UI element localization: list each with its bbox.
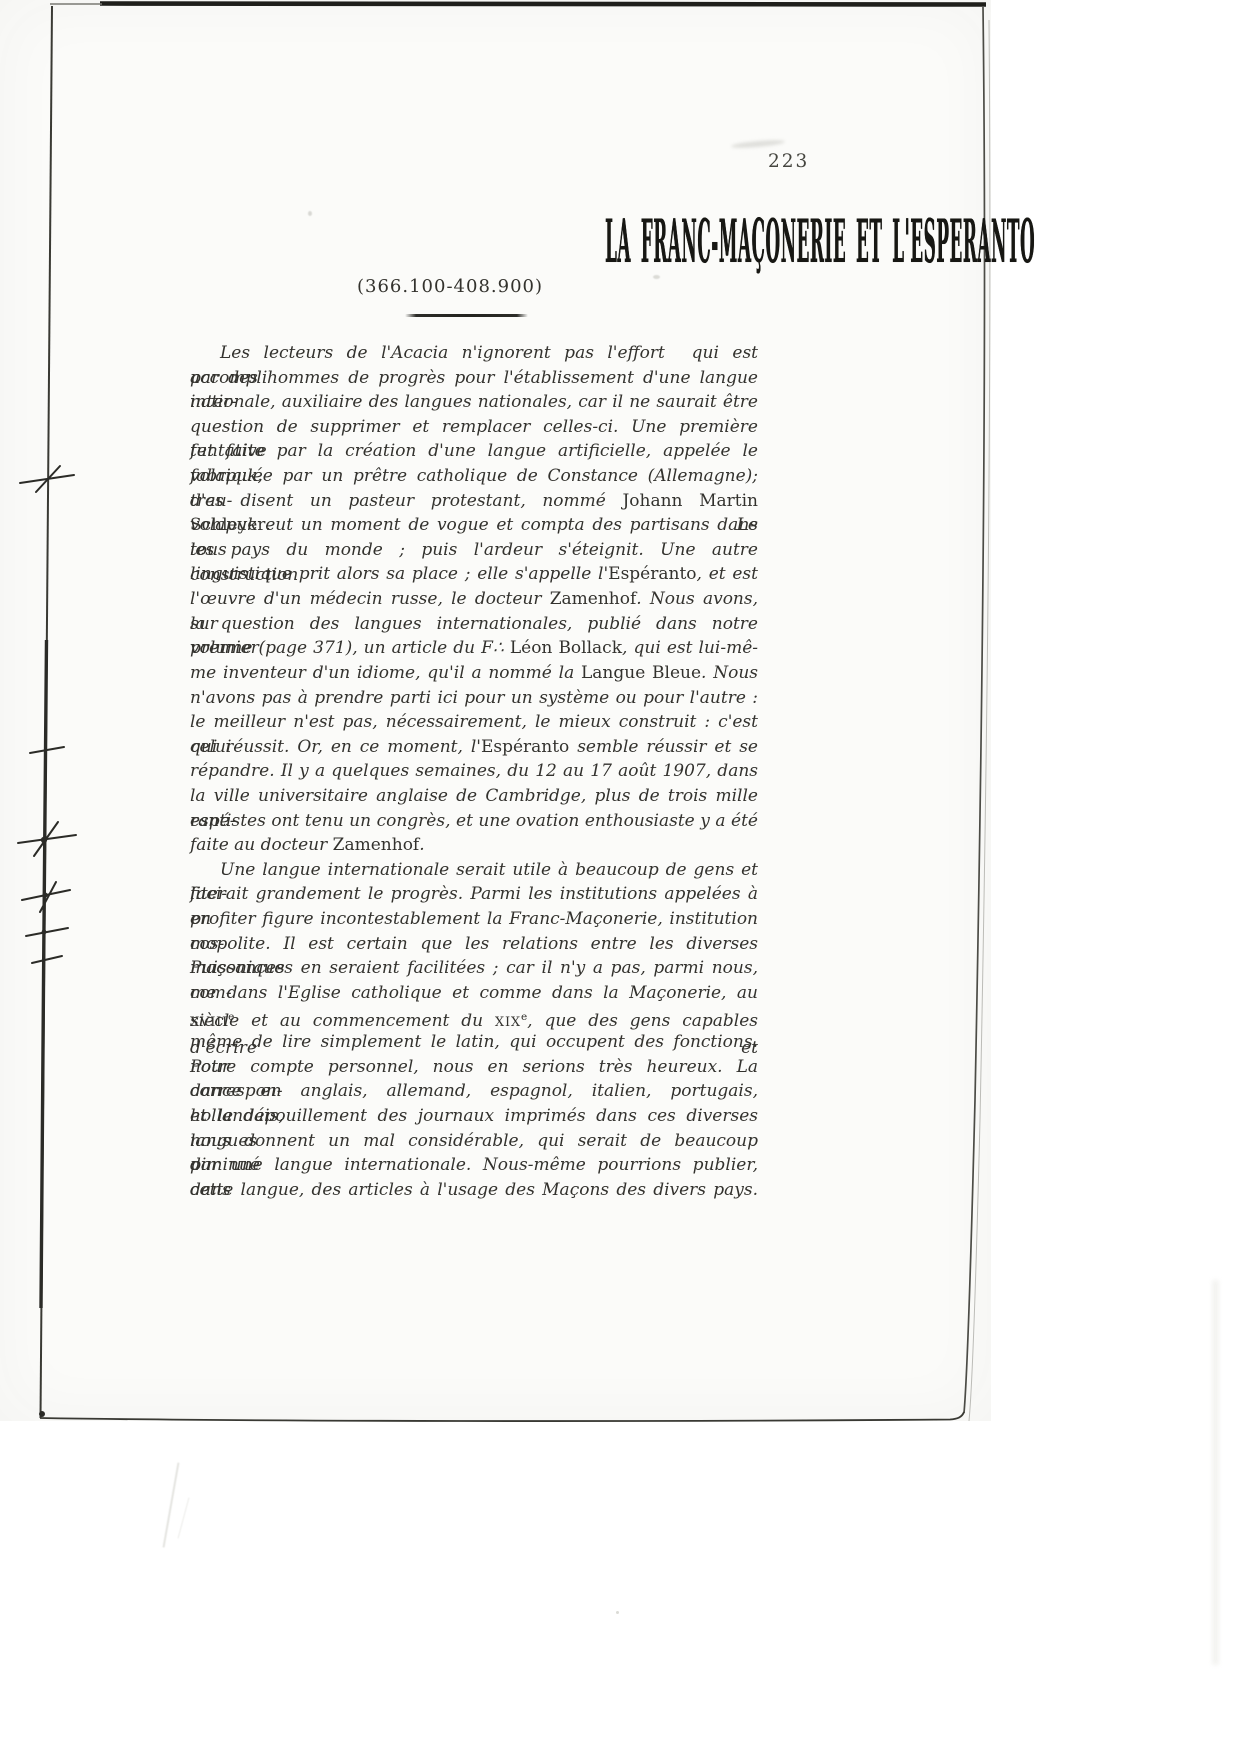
text-segment: rantistes ont tenu un congrès, et une ov… — [190, 811, 758, 831]
text-line: par des hommes de progrès pour l'établis… — [190, 366, 758, 391]
text-line: le meilleur n'est pas, nécessairement, l… — [190, 710, 758, 735]
scan-scratch — [163, 1463, 180, 1548]
text-segment: Espéranto — [608, 564, 696, 584]
article-title: LA FRANC-MAÇONERIE ET L'ESPERANTO — [605, 213, 1035, 271]
text-segment: siècle et au commencement du — [190, 1011, 495, 1031]
text-segment: me dans l'Eglise catholique et comme dan… — [190, 983, 758, 1003]
scan-canvas: 223 LA FRANC-MAÇONERIE ET L'ESPERANTO (3… — [0, 0, 1240, 1753]
text-segment: nationale, auxiliaire des langues nation… — [190, 392, 758, 412]
article-subtitle: (366.100-408.900) — [150, 276, 750, 297]
text-segment: . — [419, 835, 424, 855]
text-line: rantistes ont tenu un congrès, et une ov… — [190, 809, 758, 834]
text-line: qui réussit. Or, en ce moment, l'Espéran… — [190, 735, 758, 760]
text-segment: Zamenhof — [550, 589, 637, 609]
title-divider — [405, 314, 528, 317]
text-line: question de supprimer et remplacer celle… — [190, 415, 758, 440]
text-segment: . Nous — [701, 663, 758, 683]
text-segment: Zamenhof — [333, 835, 420, 855]
text-segment: faite au docteur — [190, 835, 333, 855]
text-segment: Léon Bollack — [510, 638, 622, 658]
text-segment: l'œuvre d'un médecin russe, le docteur — [190, 589, 550, 609]
text-line: nous donnent un mal considérable, qui se… — [190, 1129, 758, 1154]
text-line: Les lecteurs de l'Acacia n'ignorent pas … — [190, 341, 758, 366]
text-line: volume (page 371), un article du F∴ Léon… — [190, 636, 758, 661]
scan-speck — [616, 1611, 619, 1614]
text-line: siècle et au commencement du XIXe, que d… — [190, 1005, 758, 1030]
text-line: nationale, auxiliaire des langues nation… — [190, 390, 758, 415]
text-segment: volume (page 371), un article du F∴ — [190, 638, 510, 658]
article-body: Les lecteurs de l'Acacia n'ignorent pas … — [190, 341, 758, 1202]
text-segment: Espéranto — [481, 737, 569, 757]
text-line: n'avons pas à prendre parti ici pour un … — [190, 686, 758, 711]
text-line: maçoniques en seraient facilitées ; car … — [190, 956, 758, 981]
text-line: literait grandement le progrès. Parmi le… — [190, 882, 758, 907]
text-segment: cette langue, des articles à l'usage des… — [190, 1180, 758, 1200]
text-line: et le dépouillement des journaux imprimé… — [190, 1104, 758, 1129]
text-line: me dans l'Eglise catholique et comme dan… — [190, 981, 758, 1006]
scan-speck — [653, 275, 660, 279]
text-segment: XIX — [495, 1015, 521, 1030]
text-segment: , et est — [697, 564, 758, 584]
text-segment: Langue Bleue — [581, 663, 701, 683]
text-segment: répandre. Il y a quelques semaines, du 1… — [190, 761, 758, 781]
text-segment: me inventeur d'un idiome, qu'il a nommé … — [190, 663, 581, 683]
text-line: cette langue, des articles à l'usage des… — [190, 1178, 758, 1203]
scan-shadow-band — [1212, 1280, 1219, 1665]
text-line: fut faite par la création d'une langue a… — [190, 439, 758, 464]
text-line: la question des langues internationales,… — [190, 612, 758, 637]
text-line: volapuk eut un moment de vogue et compta… — [190, 513, 758, 538]
text-segment: tres disent un pasteur protestant, nommé — [190, 491, 622, 511]
article-title-wrap: LA FRANC-MAÇONERIE ET L'ESPERANTO — [52, 213, 852, 271]
text-line: notre compte personnel, nous en serions … — [190, 1055, 758, 1080]
text-segment: , qui est lui-mê- — [622, 638, 758, 658]
text-line: dance en anglais, allemand, espagnol, it… — [190, 1079, 758, 1104]
text-line: profiter figure incontestablement la Fra… — [190, 907, 758, 932]
text-line: l'œuvre d'un médecin russe, le docteur Z… — [190, 587, 758, 612]
text-line: mopolite. Il est certain que les relatio… — [190, 932, 758, 957]
text-line: Une langue internationale serait utile à… — [190, 858, 758, 883]
text-line: tres disent un pasteur protestant, nommé… — [190, 489, 758, 514]
text-line: répandre. Il y a quelques semaines, du 1… — [190, 759, 758, 784]
text-line: fabriquée par un prêtre catholique de Co… — [190, 464, 758, 489]
text-line: les pays du monde ; puis l'ardeur s'étei… — [190, 538, 758, 563]
text-segment: semble réussir et se — [569, 737, 758, 757]
text-line: la ville universitaire anglaise de Cambr… — [190, 784, 758, 809]
text-line: me inventeur d'un idiome, qu'il a nommé … — [190, 661, 758, 686]
scan-scratch — [178, 1498, 190, 1539]
text-line: même de lire simplement le latin, qui oc… — [190, 1030, 758, 1055]
text-segment: n'avons pas à prendre parti ici pour un … — [190, 688, 758, 708]
text-segment: qui réussit. Or, en ce moment, l' — [190, 737, 481, 757]
text-line: linguistique prit alors sa place ; elle … — [190, 562, 758, 587]
page-number: 223 — [768, 151, 828, 172]
text-line: par une langue internationale. Nous-même… — [190, 1153, 758, 1178]
text-segment: linguistique prit alors sa place ; elle … — [190, 564, 608, 584]
text-line: faite au docteur Zamenhof. — [190, 833, 758, 858]
